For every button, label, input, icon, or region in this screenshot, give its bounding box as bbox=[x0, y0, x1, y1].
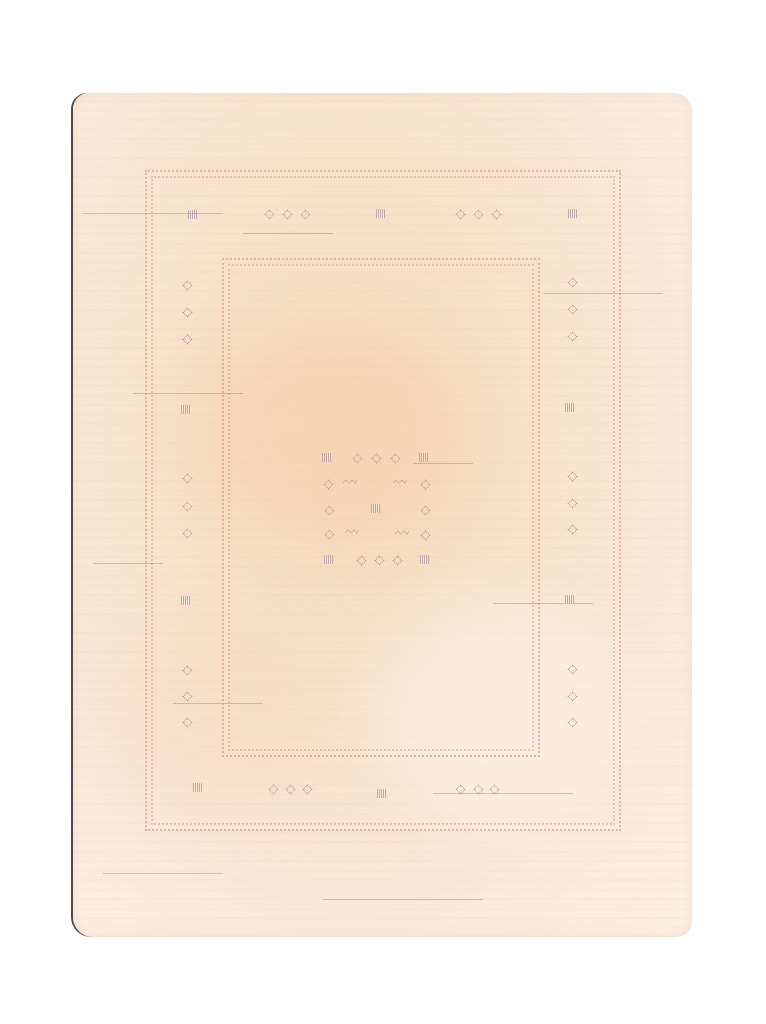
grid-motif bbox=[568, 209, 577, 218]
zigzag-motif bbox=[343, 479, 357, 484]
grid-motif bbox=[376, 209, 385, 218]
product-photo-stage bbox=[0, 0, 766, 1024]
inner-dotted-frame-inner-line bbox=[228, 264, 534, 751]
grid-motif bbox=[181, 596, 190, 605]
grid-motif bbox=[565, 595, 574, 604]
grid-motif bbox=[371, 504, 380, 513]
zigzag-motif bbox=[395, 530, 409, 535]
zigzag-motif bbox=[393, 479, 407, 484]
zigzag-motif bbox=[345, 529, 359, 534]
weave-streak bbox=[103, 873, 223, 874]
rug bbox=[73, 93, 692, 937]
grid-motif bbox=[419, 453, 428, 462]
grid-motif bbox=[420, 555, 429, 564]
weave-streak bbox=[323, 899, 483, 900]
grid-motif bbox=[565, 403, 574, 412]
grid-motif bbox=[181, 405, 190, 414]
grid-motif bbox=[377, 789, 386, 798]
grid-motif bbox=[324, 555, 333, 564]
grid-motif bbox=[322, 453, 331, 462]
grid-motif bbox=[188, 210, 197, 219]
grid-motif bbox=[193, 783, 202, 792]
